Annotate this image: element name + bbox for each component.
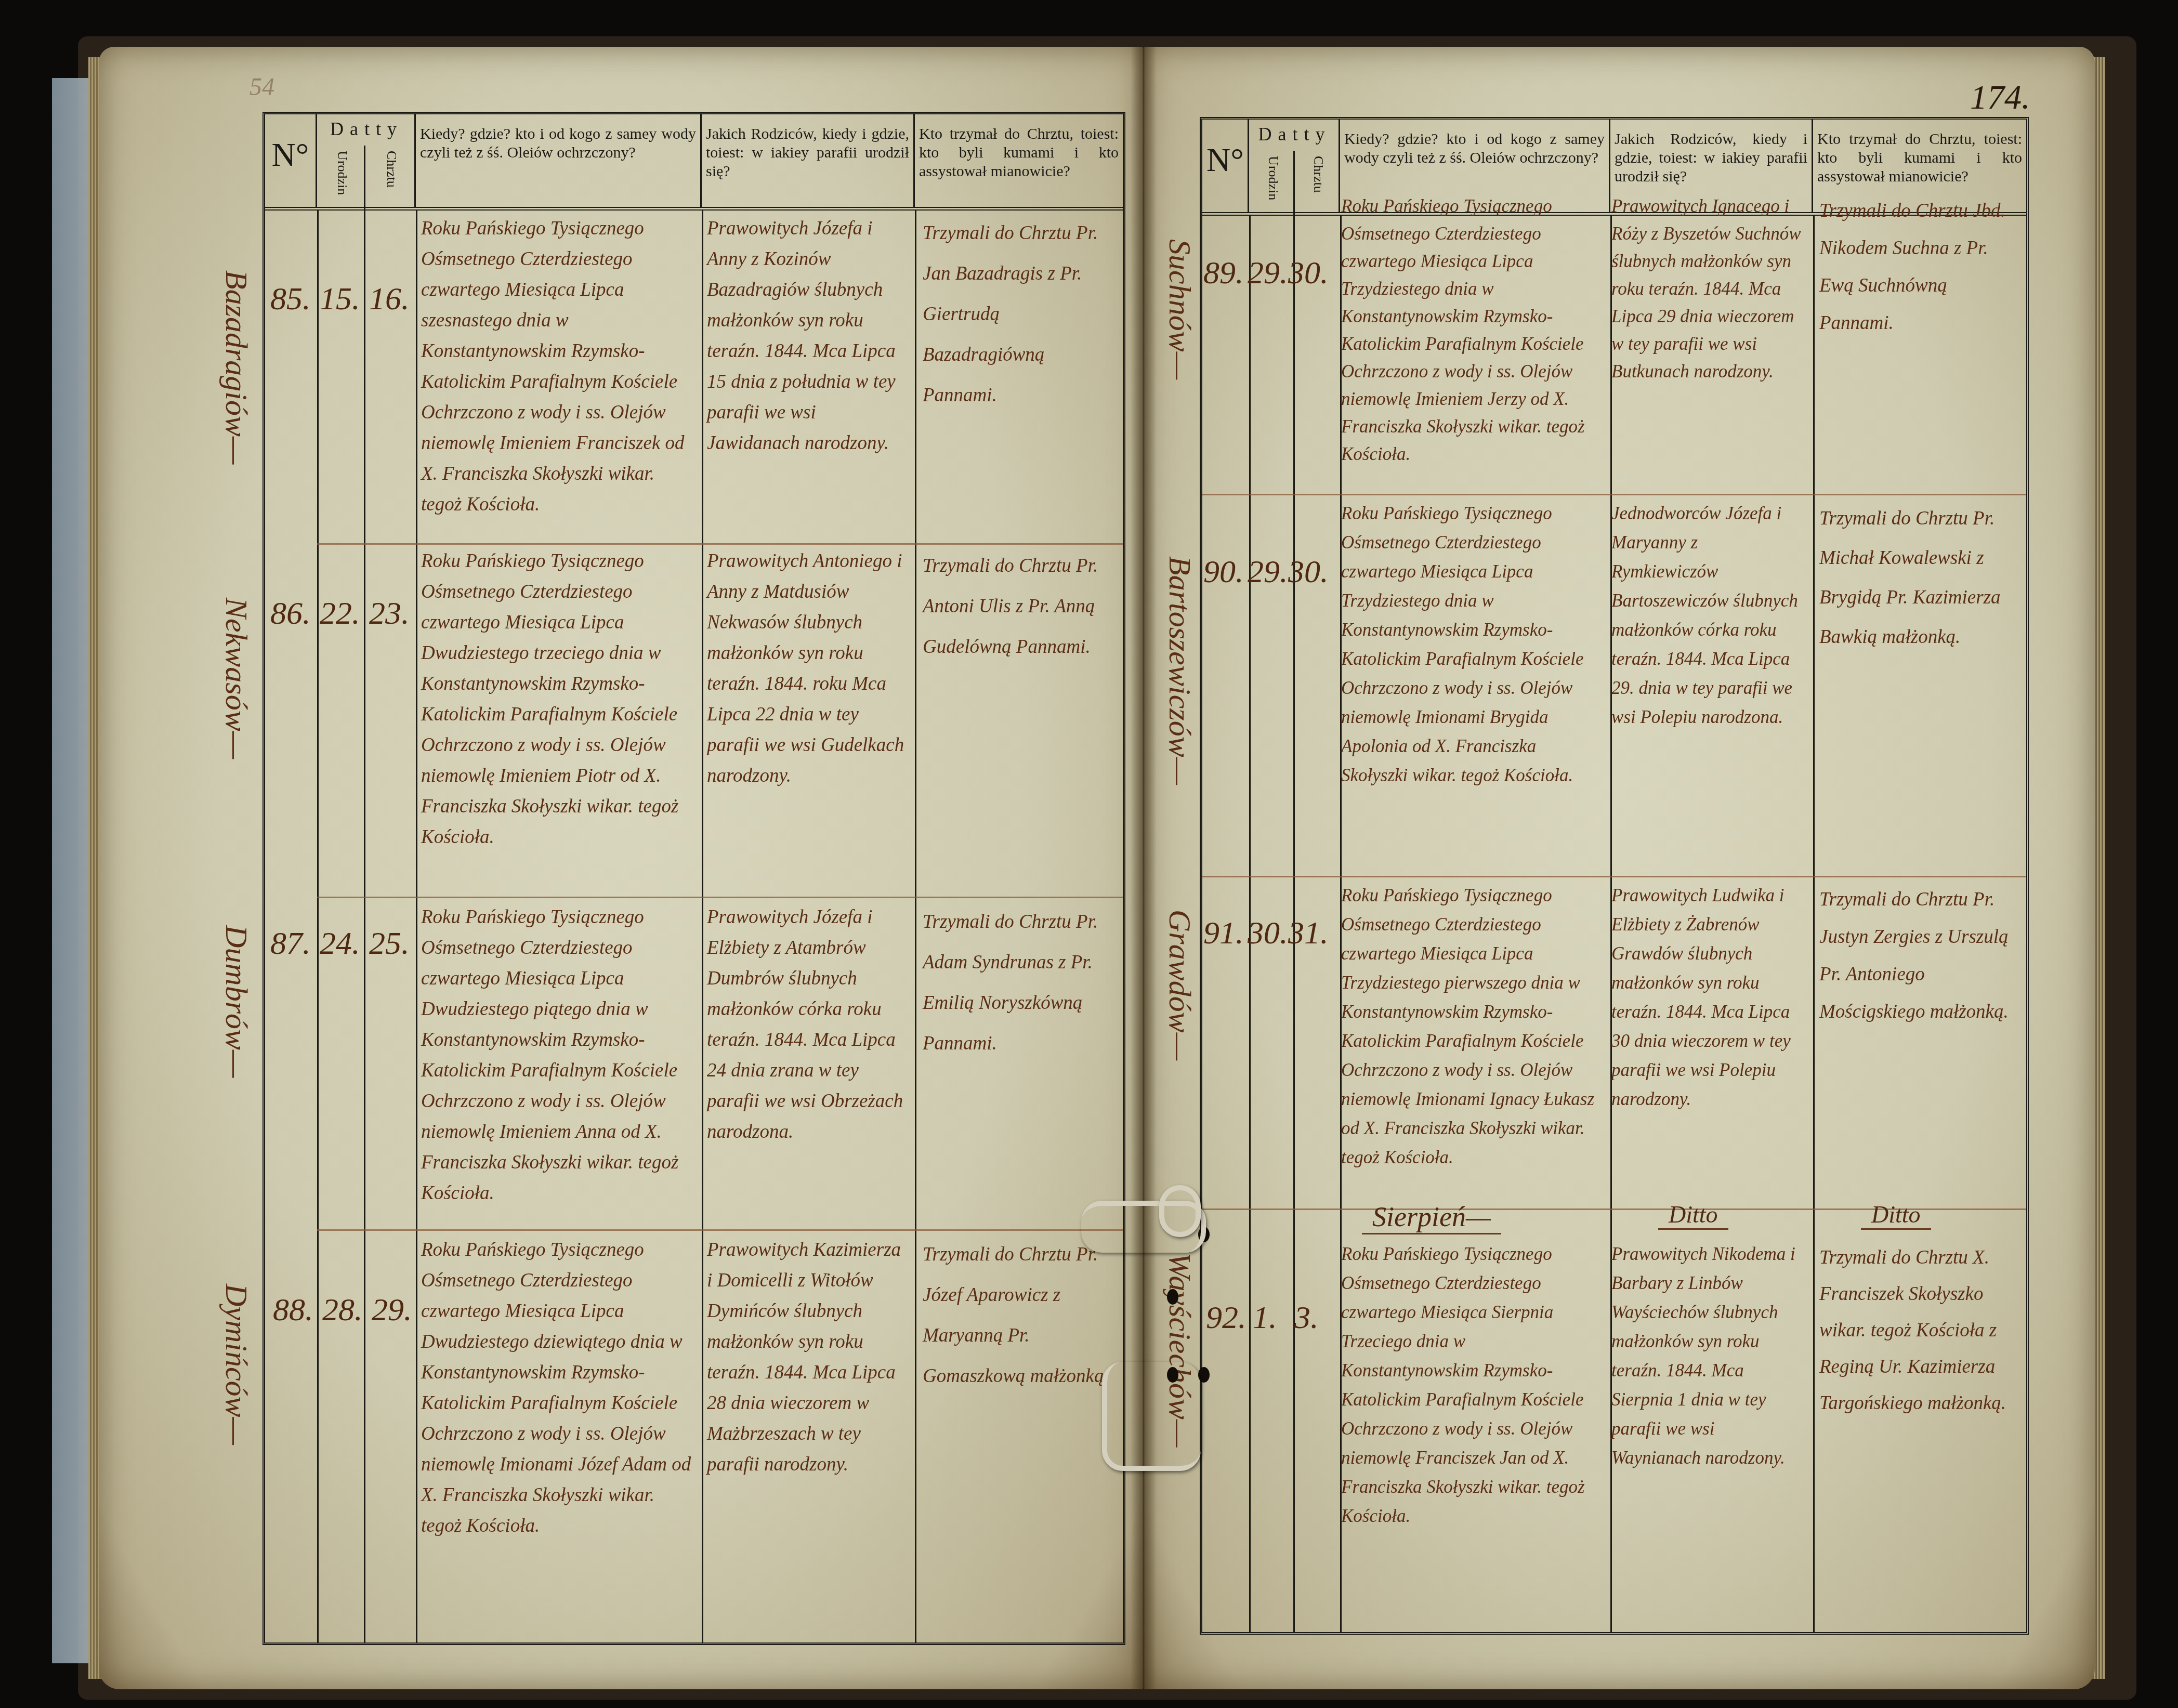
birth-date: 1. xyxy=(1253,1299,1277,1336)
column-rule xyxy=(364,211,365,1643)
entry-number: 90. xyxy=(1203,554,1244,590)
header-chrztu: Chrztu xyxy=(1309,156,1328,193)
birth-date: 28. xyxy=(322,1292,363,1329)
column-rule xyxy=(702,211,703,1643)
column-rule xyxy=(317,211,319,1643)
left-corner-mark: 54 xyxy=(250,73,274,101)
header-datty-label: Datty xyxy=(317,120,416,138)
margin-surname: Dumbrów— xyxy=(218,925,254,1078)
datty-divider xyxy=(1293,151,1295,216)
parents-details: Prawowitych Ignacego i Róży z Byszetów S… xyxy=(1611,192,1806,385)
baptism-details: Roku Pańskiego Tysiącznego Ośmsetnego Cz… xyxy=(421,546,697,852)
row-rule xyxy=(1202,494,2026,495)
baptism-details: Roku Pańskiego Tysiącznego Ośmsetnego Cz… xyxy=(421,213,697,520)
baptism-date: 29. xyxy=(372,1292,412,1329)
birth-date: 22. xyxy=(320,595,360,632)
baptism-date: 31. xyxy=(1288,915,1329,952)
column-rule xyxy=(1813,216,1815,1632)
entry-number: 91. xyxy=(1203,915,1244,952)
godparents-details: Trzymali do Chrztu Pr. Michał Kowalewski… xyxy=(1819,499,2017,657)
page-number: 174. xyxy=(1970,78,2030,117)
birth-date: 15. xyxy=(320,281,360,318)
ditto-mark-parents: Ditto xyxy=(1658,1201,1728,1230)
month-heading-sierpien: Sierpień— xyxy=(1362,1201,1501,1234)
parents-details: Prawowitych Józefa i Elżbiety z Atambrów… xyxy=(707,902,910,1147)
header-kto-trzymal: Kto trzymał do Chrztu, toiest: kto byli … xyxy=(915,114,1123,207)
header-datty-label: Datty xyxy=(1249,125,1340,143)
column-rule xyxy=(915,211,916,1643)
godparents-details: Trzymali do Chrztu Pr. Justyn Zergies z … xyxy=(1819,881,2017,1031)
parents-details: Prawowitych Józefa i Anny z Kozinów Baza… xyxy=(707,213,910,458)
row-rule xyxy=(317,897,1123,898)
header-urodzin: Urodzin xyxy=(333,151,351,195)
margin-surname: Suchnów— xyxy=(1162,239,1198,379)
birth-date: 30. xyxy=(1248,915,1288,952)
baptism-details: Roku Pańskiego Tysiącznego Ośmsetnego Cz… xyxy=(1341,1240,1604,1531)
row-rule xyxy=(317,543,1123,545)
baptism-details: Roku Pańskiego Tysiącznego Ośmsetnego Cz… xyxy=(421,1234,697,1541)
entry-number: 86. xyxy=(270,595,311,632)
column-rule xyxy=(416,211,417,1643)
row-rule xyxy=(1202,876,2026,877)
binding-hole xyxy=(1167,1289,1178,1305)
godparents-details: Trzymali do Chrztu Pr. Adam Syndrunas z … xyxy=(923,902,1110,1064)
row-rule xyxy=(317,1229,1123,1231)
baptism-date: 30. xyxy=(1288,255,1329,292)
header-kiedy: Kiedy? gdzie? kto i od kogo z samey wody… xyxy=(416,114,702,207)
margin-surname: Bazadragiów— xyxy=(218,270,254,464)
entry-number: 92. xyxy=(1206,1299,1247,1336)
parents-details: Jednodworców Józefa i Maryanny z Rymkiew… xyxy=(1611,499,1806,732)
header-no: N° xyxy=(265,114,317,207)
binding-string-knot xyxy=(1159,1185,1201,1237)
header-rodzicow: Jakich Rodziców, kiedy i gdzie, toiest: … xyxy=(702,114,915,207)
header-urodzin: Urodzin xyxy=(1264,156,1282,200)
baptism-date: 23. xyxy=(369,595,410,632)
margin-surname: Dymińców— xyxy=(218,1284,254,1445)
godparents-details: Trzymali do Chrztu Pr. Jan Bazadragis z … xyxy=(923,213,1110,416)
entry-number: 89. xyxy=(1203,255,1244,292)
parents-details: Prawowitych Ludwika i Elżbiety z Żabrenó… xyxy=(1611,881,1806,1114)
parents-details: Prawowitych Antoniego i Anny z Matdusiów… xyxy=(707,546,910,791)
baptism-date: 25. xyxy=(369,925,410,962)
baptism-details: Roku Pańskiego Tysiącznego Ośmsetnego Cz… xyxy=(1341,192,1604,468)
datty-divider xyxy=(364,146,365,211)
ditto-mark-godparents: Ditto xyxy=(1861,1201,1931,1230)
godparents-details: Trzymali do Chrztu Pr. Józef Aparowicz z… xyxy=(923,1234,1110,1397)
margin-surname: Bartoszewiczów— xyxy=(1162,556,1198,785)
table-header: N° Datty Urodzin Chrztu Kiedy? gdzie? kt… xyxy=(265,114,1123,211)
birth-date: 29. xyxy=(1248,255,1288,292)
binding-string xyxy=(1102,1362,1201,1471)
baptism-date: 16. xyxy=(369,281,410,318)
baptism-details: Roku Pańskiego Tysiącznego Ośmsetnego Cz… xyxy=(1341,881,1604,1172)
header-datty: Datty Urodzin Chrztu xyxy=(1249,120,1340,212)
margin-surname: Grawdów— xyxy=(1162,910,1198,1060)
birth-date: 24. xyxy=(320,925,360,962)
header-chrztu: Chrztu xyxy=(382,151,401,188)
header-no: N° xyxy=(1202,120,1249,212)
parents-details: Prawowitych Kazimierza i Domicelli z Wit… xyxy=(707,1234,910,1480)
margin-surname: Nekwasów— xyxy=(218,598,254,759)
entry-number: 87. xyxy=(270,925,311,962)
baptism-date: 3. xyxy=(1294,1299,1319,1336)
parents-details: Prawowitych Nikodema i Barbary z Linbów … xyxy=(1611,1240,1806,1473)
baptism-details: Roku Pańskiego Tysiącznego Ośmsetnego Cz… xyxy=(1341,499,1604,790)
entry-number: 85. xyxy=(270,281,311,318)
godparents-details: Trzymali do Chrztu Pr. Antoni Ulis z Pr.… xyxy=(923,546,1110,667)
header-datty: Datty Urodzin Chrztu xyxy=(317,114,416,207)
baptism-date: 30. xyxy=(1288,554,1329,590)
baptism-details: Roku Pańskiego Tysiącznego Ośmsetnego Cz… xyxy=(421,902,697,1208)
birth-date: 29. xyxy=(1248,554,1288,590)
godparents-details: Trzymali do Chrztu Jbd. Nikodem Suchna z… xyxy=(1819,192,2017,342)
godparents-details: Trzymali do Chrztu X. Franciszek Skołysz… xyxy=(1819,1240,2017,1422)
entry-number: 88. xyxy=(273,1292,313,1329)
